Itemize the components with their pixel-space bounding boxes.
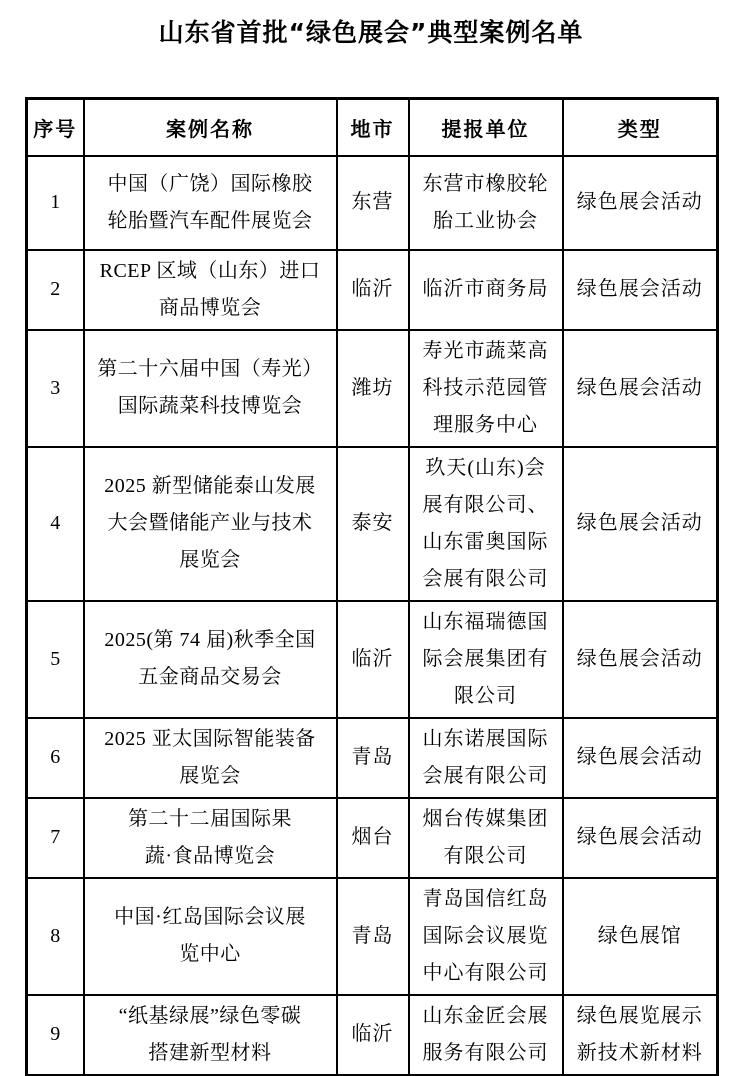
cell-type: 绿色展馆 <box>563 878 718 995</box>
cell-type: 绿色展览展示 新技术新材料 <box>563 995 718 1076</box>
cell-type: 绿色展会活动 <box>563 250 718 330</box>
cell-no: 2 <box>27 250 84 330</box>
cell-type: 绿色展会活动 <box>563 156 718 250</box>
cell-unit: 山东金匠会展 服务有限公司 <box>409 995 563 1076</box>
cell-city: 临沂 <box>337 601 409 718</box>
table-row: 5 2025(第 74 届)秋季全国 五金商品交易会 临沂 山东福瑞德国 际会展… <box>27 601 718 718</box>
table-row: 4 2025 新型储能泰山发展 大会暨储能产业与技术 展览会 泰安 玖天(山东)… <box>27 447 718 601</box>
cell-name: 第二十二届国际果 蔬·食品博览会 <box>84 798 337 878</box>
cell-name: “纸基绿展”绿色零碳 搭建新型材料 <box>84 995 337 1076</box>
cell-no: 8 <box>27 878 84 995</box>
col-header-unit: 提报单位 <box>409 99 563 156</box>
table-header-row: 序号 案例名称 地市 提报单位 类型 <box>27 99 718 156</box>
cell-city: 泰安 <box>337 447 409 601</box>
col-header-name: 案例名称 <box>84 99 337 156</box>
cell-type: 绿色展会活动 <box>563 601 718 718</box>
cell-city: 青岛 <box>337 718 409 798</box>
table-row: 3 第二十六届中国（寿光） 国际蔬菜科技博览会 潍坊 寿光市蔬菜高 科技示范园管… <box>27 330 718 447</box>
cell-unit: 青岛国信红岛 国际会议展览 中心有限公司 <box>409 878 563 995</box>
cell-no: 9 <box>27 995 84 1076</box>
cell-city: 潍坊 <box>337 330 409 447</box>
col-header-city: 地市 <box>337 99 409 156</box>
cell-city: 青岛 <box>337 878 409 995</box>
cell-unit: 东营市橡胶轮 胎工业协会 <box>409 156 563 250</box>
table-row: 2 RCEP 区域（山东）进口 商品博览会 临沂 临沂市商务局 绿色展会活动 <box>27 250 718 330</box>
cell-name: 中国·红岛国际会议展 览中心 <box>84 878 337 995</box>
cell-city: 临沂 <box>337 250 409 330</box>
cell-unit: 山东诺展国际 会展有限公司 <box>409 718 563 798</box>
cell-no: 4 <box>27 447 84 601</box>
cell-unit: 烟台传媒集团 有限公司 <box>409 798 563 878</box>
cell-city: 东营 <box>337 156 409 250</box>
cell-no: 1 <box>27 156 84 250</box>
table-row: 1 中国（广饶）国际橡胶 轮胎暨汽车配件展览会 东营 东营市橡胶轮 胎工业协会 … <box>27 156 718 250</box>
case-table: 序号 案例名称 地市 提报单位 类型 1 中国（广饶）国际橡胶 轮胎暨汽车配件展… <box>25 97 719 1076</box>
document-page: 山东省首批“绿色展会”典型案例名单 序号 案例名称 地市 提报单位 类型 1 中… <box>0 0 742 1076</box>
cell-no: 3 <box>27 330 84 447</box>
cell-no: 7 <box>27 798 84 878</box>
table-row: 7 第二十二届国际果 蔬·食品博览会 烟台 烟台传媒集团 有限公司 绿色展会活动 <box>27 798 718 878</box>
cell-unit: 山东福瑞德国 际会展集团有 限公司 <box>409 601 563 718</box>
cell-name: 中国（广饶）国际橡胶 轮胎暨汽车配件展览会 <box>84 156 337 250</box>
cell-no: 5 <box>27 601 84 718</box>
cell-name: 2025 亚太国际智能装备 展览会 <box>84 718 337 798</box>
cell-name: 2025(第 74 届)秋季全国 五金商品交易会 <box>84 601 337 718</box>
cell-city: 烟台 <box>337 798 409 878</box>
cell-name: 2025 新型储能泰山发展 大会暨储能产业与技术 展览会 <box>84 447 337 601</box>
cell-name: 第二十六届中国（寿光） 国际蔬菜科技博览会 <box>84 330 337 447</box>
cell-type: 绿色展会活动 <box>563 798 718 878</box>
cell-no: 6 <box>27 718 84 798</box>
table-row: 9 “纸基绿展”绿色零碳 搭建新型材料 临沂 山东金匠会展 服务有限公司 绿色展… <box>27 995 718 1076</box>
cell-type: 绿色展会活动 <box>563 718 718 798</box>
cell-city: 临沂 <box>337 995 409 1076</box>
cell-unit: 玖天(山东)会 展有限公司、 山东雷奥国际 会展有限公司 <box>409 447 563 601</box>
cell-type: 绿色展会活动 <box>563 447 718 601</box>
col-header-no: 序号 <box>27 99 84 156</box>
cell-unit: 临沂市商务局 <box>409 250 563 330</box>
page-title: 山东省首批“绿色展会”典型案例名单 <box>0 13 742 49</box>
cell-name: RCEP 区域（山东）进口 商品博览会 <box>84 250 337 330</box>
table-row: 8 中国·红岛国际会议展 览中心 青岛 青岛国信红岛 国际会议展览 中心有限公司… <box>27 878 718 995</box>
table-row: 6 2025 亚太国际智能装备 展览会 青岛 山东诺展国际 会展有限公司 绿色展… <box>27 718 718 798</box>
cell-type: 绿色展会活动 <box>563 330 718 447</box>
cell-unit: 寿光市蔬菜高 科技示范园管 理服务中心 <box>409 330 563 447</box>
col-header-type: 类型 <box>563 99 718 156</box>
